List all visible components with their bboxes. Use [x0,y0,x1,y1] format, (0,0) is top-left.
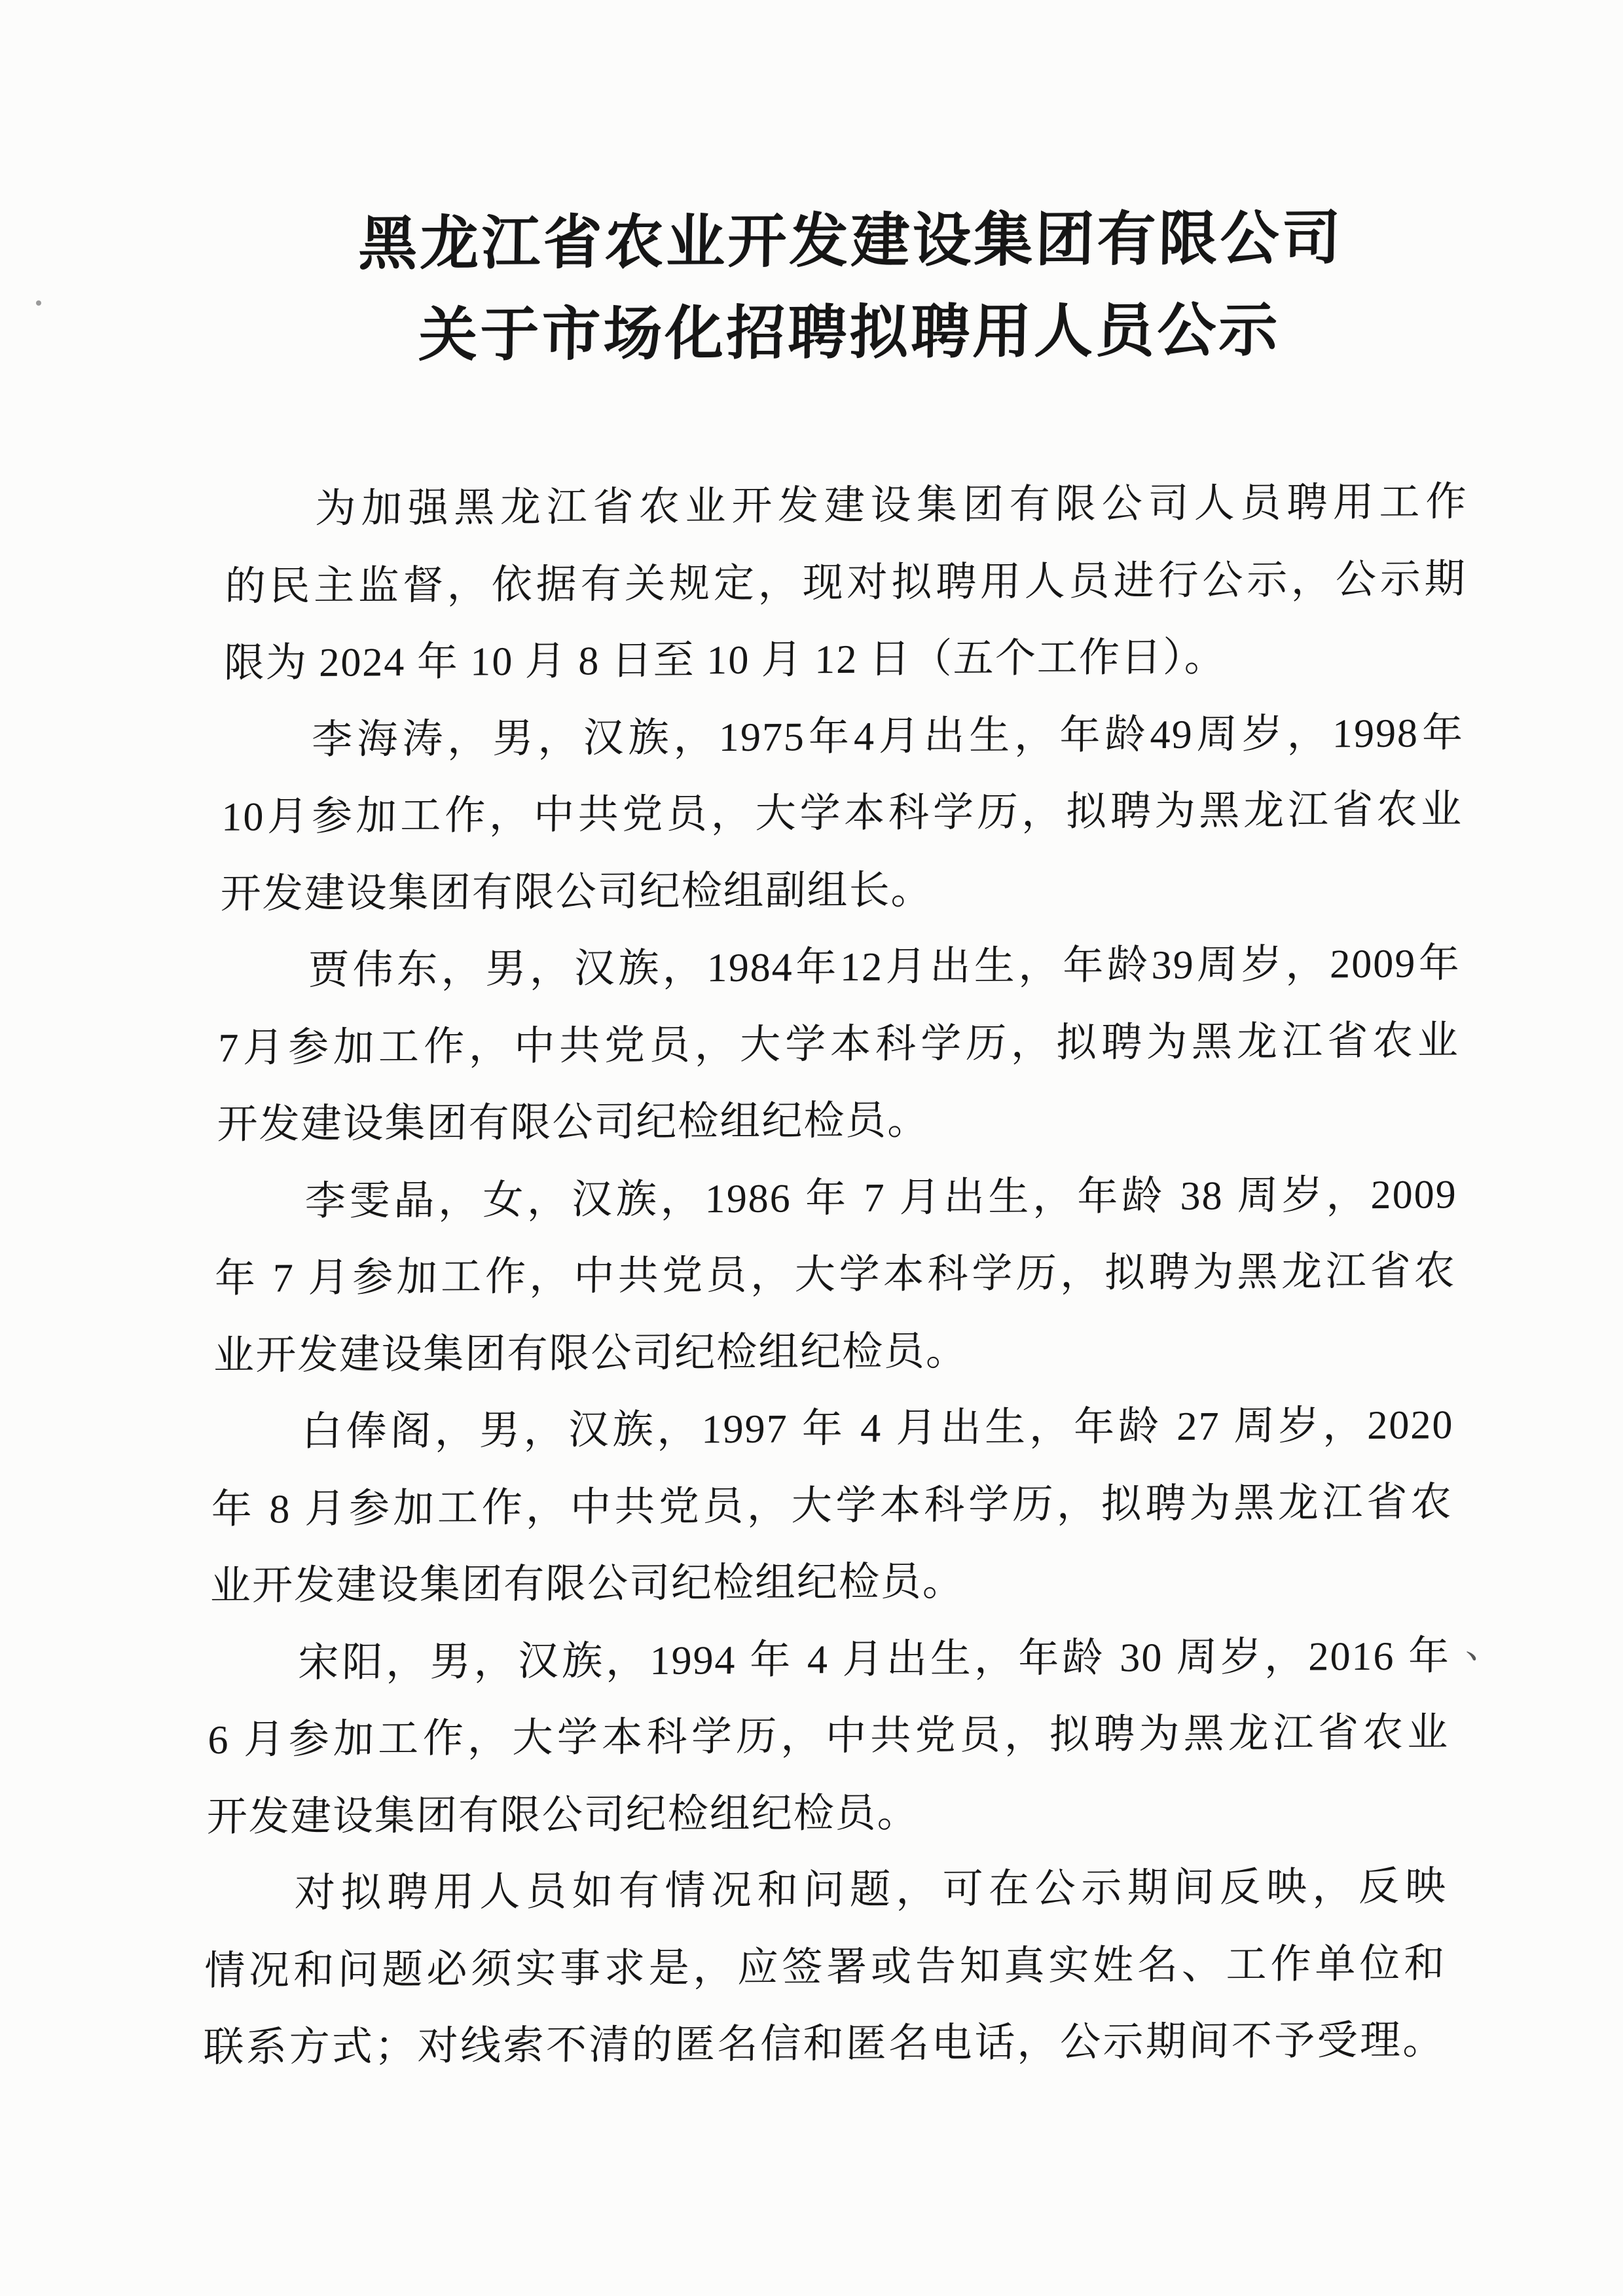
body-line: 为加强黑龙江省农业开发建设集团有限公司人员聘用工作 [226,464,1468,548]
body-line: 开发建设集团有限公司纪检组副组长。 [220,849,1463,933]
body-line: 白俸阁，男，汉族，1997 年 4 月出生，年龄 27 周岁，2020 [212,1387,1455,1471]
body-line: 7月参加工作，中共党员，大学本科学历，拟聘为黑龙江省农业 [217,1003,1460,1087]
stray-punctuation-mark: 、 [1465,1628,1502,1664]
body-line: 的民主监督，依据有关规定，现对拟聘用人员进行公示，公示期 [225,541,1467,626]
body-line: 限为 2024 年 10 月 8 日至 10 月 12 日（五个工作日）。 [223,618,1466,702]
body-line: 年 8 月参加工作，中共党员，大学本科学历，拟聘为黑龙江省农 [211,1464,1453,1549]
document-title-line-1: 黑龙江省农业开发建设集团有限公司 [229,192,1472,292]
body-line: 宋阳，男，汉族，1994 年 4 月出生，年龄 30 周岁，2016 年 [208,1618,1451,1702]
document-title: 黑龙江省农业开发建设集团有限公司 关于市场化招聘拟聘用人员公示 [228,0,1475,384]
body-line: 6 月参加工作，大学本科学历，中共党员，拟聘为黑龙江省农业 [208,1695,1450,1779]
body-line: 业开发建设集团有限公司纪检组纪检员。 [213,1310,1455,1395]
body-line: 开发建设集团有限公司纪检组纪检员。 [206,1772,1449,1856]
body-line: 年 7 月参加工作，中共党员，大学本科学历，拟聘为黑龙江省农 [214,1233,1457,1318]
body-line: 情况和问题必须实事求是，应签署或告知真实姓名、工作单位和 [204,1926,1446,2010]
document-page: 黑龙江省农业开发建设集团有限公司 关于市场化招聘拟聘用人员公示 为加强黑龙江省农… [0,0,1623,2296]
scan-speck-artifact [36,300,41,306]
body-line: 对拟聘用人员如有情况和问题，可在公示期间反映，反映 [205,1848,1448,1933]
body-line: 联系方式；对线索不清的匿名信和匿名电话，公示期间不予受理。 [203,2002,1446,2087]
body-line: 李海涛，男，汉族，1975年4月出生，年龄49周岁，1998年 [222,695,1465,780]
document-title-line-2: 关于市场化招聘拟聘用人员公示 [228,284,1470,384]
document-content: 黑龙江省农业开发建设集团有限公司 关于市场化招聘拟聘用人员公示 为加强黑龙江省农… [203,0,1475,2087]
body-line: 业开发建设集团有限公司纪检组纪检员。 [210,1541,1452,1625]
body-line: 10月参加工作，中共党员，大学本科学历，拟聘为黑龙江省农业 [221,772,1464,856]
document-body: 为加强黑龙江省农业开发建设集团有限公司人员聘用工作的民主监督，依据有关规定，现对… [203,464,1468,2087]
body-line: 开发建设集团有限公司纪检组纪检员。 [217,1079,1459,1164]
body-line: 李雯晶，女，汉族，1986 年 7 月出生，年龄 38 周岁，2009 [215,1157,1458,1241]
body-line: 贾伟东，男，汉族，1984年12月出生，年龄39周岁，2009年 [219,925,1461,1010]
